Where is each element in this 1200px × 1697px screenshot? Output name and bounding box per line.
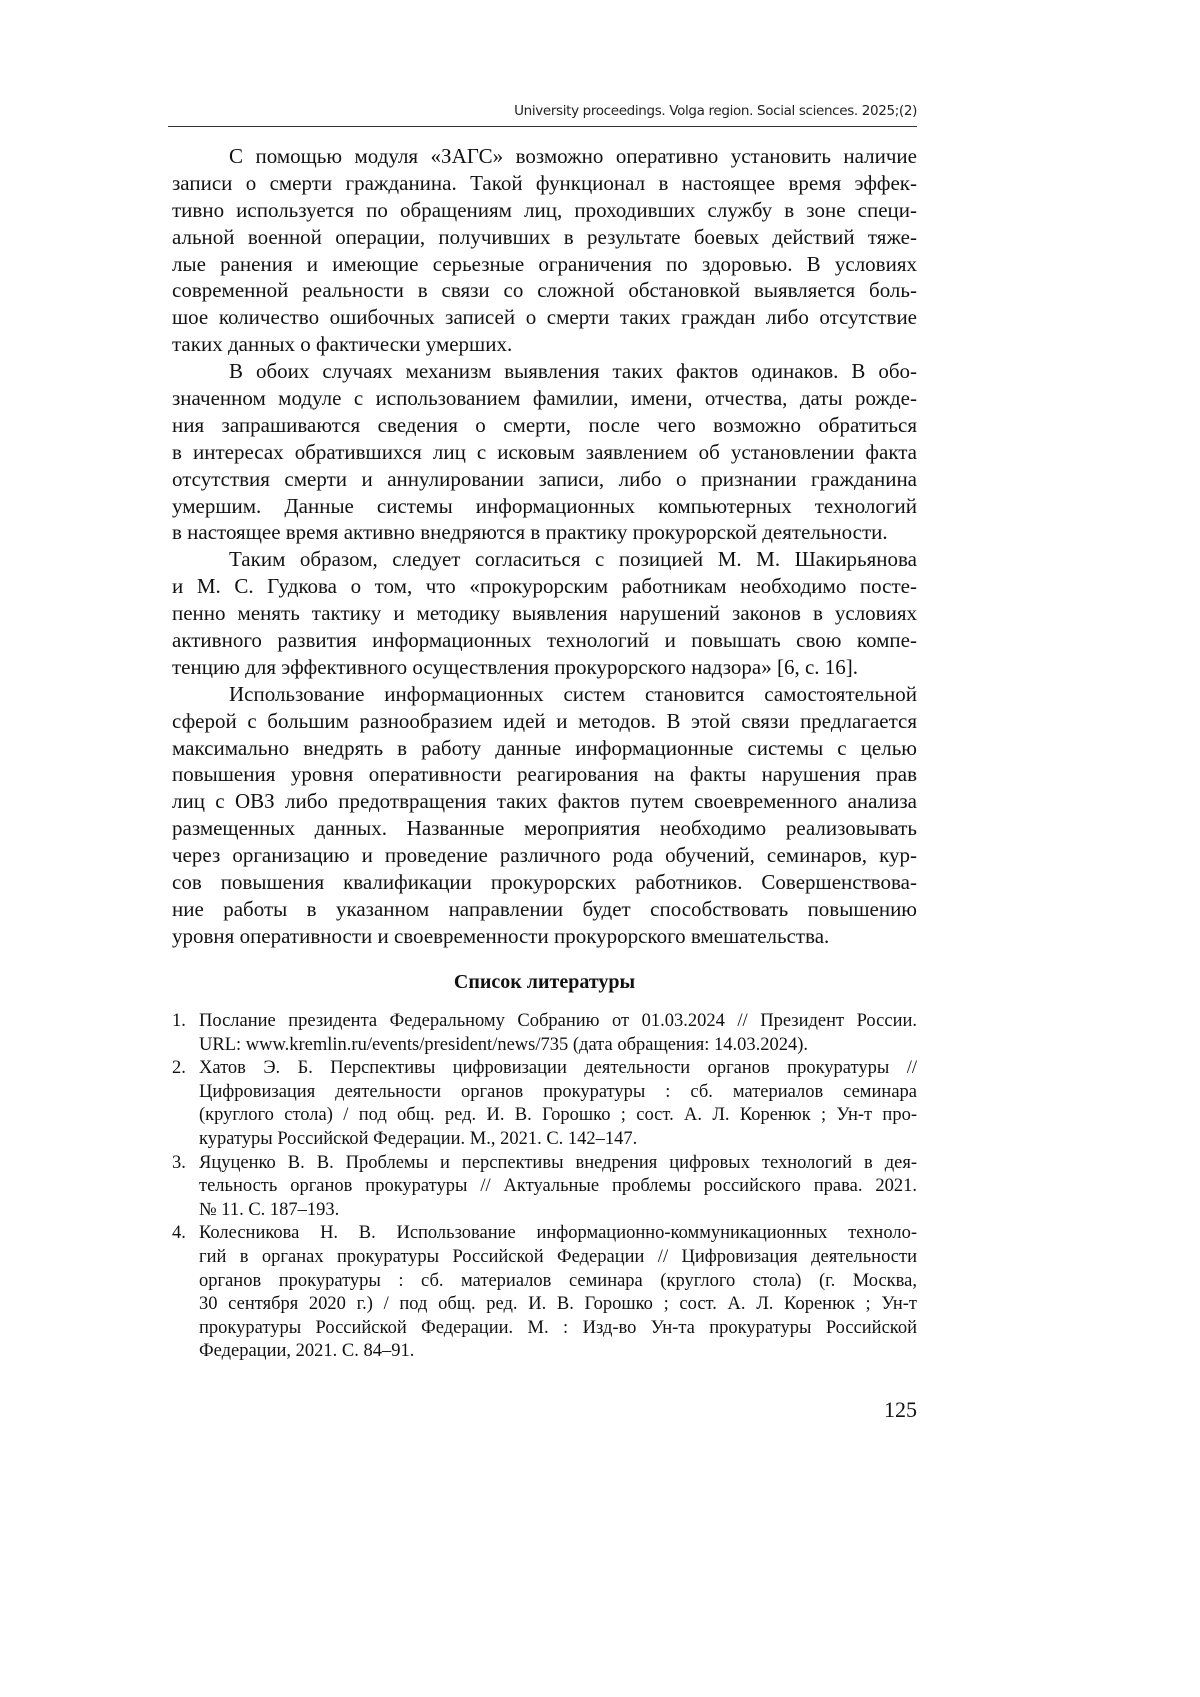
text-line: таких данных о фактически умерших. — [172, 331, 917, 358]
text-line: уровня оперативности и своевременности п… — [172, 923, 917, 950]
reference-item: 4. Колесникова Н. В. Использование инфор… — [172, 1222, 917, 1364]
text-line: Использование информационных систем стан… — [172, 681, 917, 708]
reference-number: 4. — [172, 1222, 186, 1246]
text-line: активного развития информационных технол… — [172, 627, 917, 654]
page-number: 125 — [780, 1397, 917, 1423]
text-line: максимально внедрять в работу данные инф… — [172, 735, 917, 762]
reference-item: 3. Яцуценко В. В. Проблемы и перспективы… — [172, 1152, 917, 1223]
text-line: значенном модуле с использованием фамили… — [172, 385, 917, 412]
text-line: пенно менять тактику и методику выявлени… — [172, 600, 917, 627]
reference-line: URL: www.kremlin.ru/events/president/new… — [199, 1034, 917, 1058]
text-line: сферой с большим разнообразием идей и ме… — [172, 708, 917, 735]
references-list: 1. Послание президента Федеральному Собр… — [172, 1010, 917, 1364]
running-head: University proceedings. Volga region. So… — [168, 103, 917, 119]
text-line: тивно используется по обращениям лиц, пр… — [172, 197, 917, 224]
text-line: в настоящее время активно внедряются в п… — [172, 519, 917, 546]
reference-item: 2. Хатов Э. Б. Перспективы цифровизации … — [172, 1057, 917, 1151]
text-line: и М. С. Гудкова о том, что «прокурорским… — [172, 573, 917, 600]
reference-item: 1. Послание президента Федеральному Собр… — [172, 1010, 917, 1057]
text-line: записи о смерти гражданина. Такой функци… — [172, 170, 917, 197]
references-heading: Список литературы — [172, 971, 917, 994]
text-line: сов повышения квалификации прокурорских … — [172, 869, 917, 896]
reference-line: гий в органах прокуратуры Российской Фед… — [199, 1246, 917, 1270]
reference-number: 1. — [172, 1010, 186, 1034]
reference-line: Федерации, 2021. С. 84–91. — [199, 1340, 917, 1364]
text-line: альной военной операции, получивших в ре… — [172, 224, 917, 251]
text-line: шое количество ошибочных записей о смерт… — [172, 304, 917, 331]
paragraph: Использование информационных систем стан… — [172, 681, 917, 950]
text-line: лиц с ОВЗ либо предотвращения таких факт… — [172, 788, 917, 815]
reference-line: Послание президента Федеральному Собрани… — [199, 1010, 917, 1034]
reference-line: 30 сентября 2020 г.) / под общ. ред. И. … — [199, 1293, 917, 1317]
reference-line: Хатов Э. Б. Перспективы цифровизации дея… — [199, 1057, 917, 1081]
reference-line: № 11. С. 187–193. — [199, 1199, 917, 1223]
journal-page: University proceedings. Volga region. So… — [0, 0, 1200, 1697]
text-line: умершим. Данные системы информационных к… — [172, 493, 917, 520]
text-line: ние работы в указанном направлении будет… — [172, 896, 917, 923]
text-line: тенцию для эффективного осуществления пр… — [172, 654, 917, 681]
reference-line: Цифровизация деятельности органов прокур… — [199, 1081, 917, 1105]
reference-line: органов прокуратуры : сб. материалов сем… — [199, 1270, 917, 1294]
text-line: отсутствия смерти и аннулировании записи… — [172, 466, 917, 493]
reference-line: Колесникова Н. В. Использование информац… — [199, 1222, 917, 1246]
text-line: ния запрашиваются сведения о смерти, пос… — [172, 412, 917, 439]
text-line: С помощью модуля «ЗАГС» возможно операти… — [172, 143, 917, 170]
reference-number: 2. — [172, 1057, 186, 1081]
reference-line: Яцуценко В. В. Проблемы и перспективы вн… — [199, 1152, 917, 1176]
text-line: повышения уровня оперативности реагирова… — [172, 761, 917, 788]
paragraph: С помощью модуля «ЗАГС» возможно операти… — [172, 143, 917, 358]
reference-number: 3. — [172, 1152, 186, 1176]
reference-line: прокуратуры Российской Федерации. М. : И… — [199, 1317, 917, 1341]
text-line: лые ранения и имеющие серьезные ограниче… — [172, 251, 917, 278]
reference-line: тельность органов прокуратуры // Актуаль… — [199, 1175, 917, 1199]
header-rule — [168, 126, 917, 127]
text-line: Таким образом, следует согласиться с поз… — [172, 546, 917, 573]
paragraph: В обоих случаях механизм выявления таких… — [172, 358, 917, 546]
paragraph: Таким образом, следует согласиться с поз… — [172, 546, 917, 680]
reference-line: (круглого стола) / под общ. ред. И. В. Г… — [199, 1104, 917, 1128]
article-body: С помощью модуля «ЗАГС» возможно операти… — [172, 143, 917, 950]
text-line: В обоих случаях механизм выявления таких… — [172, 358, 917, 385]
text-line: современной реальности в связи со сложно… — [172, 277, 917, 304]
text-line: в интересах обратившихся лиц с исковым з… — [172, 439, 917, 466]
text-line: через организацию и проведение различног… — [172, 842, 917, 869]
reference-line: куратуры Российской Федерации. М., 2021.… — [199, 1128, 917, 1152]
text-line: размещенных данных. Названные мероприяти… — [172, 815, 917, 842]
